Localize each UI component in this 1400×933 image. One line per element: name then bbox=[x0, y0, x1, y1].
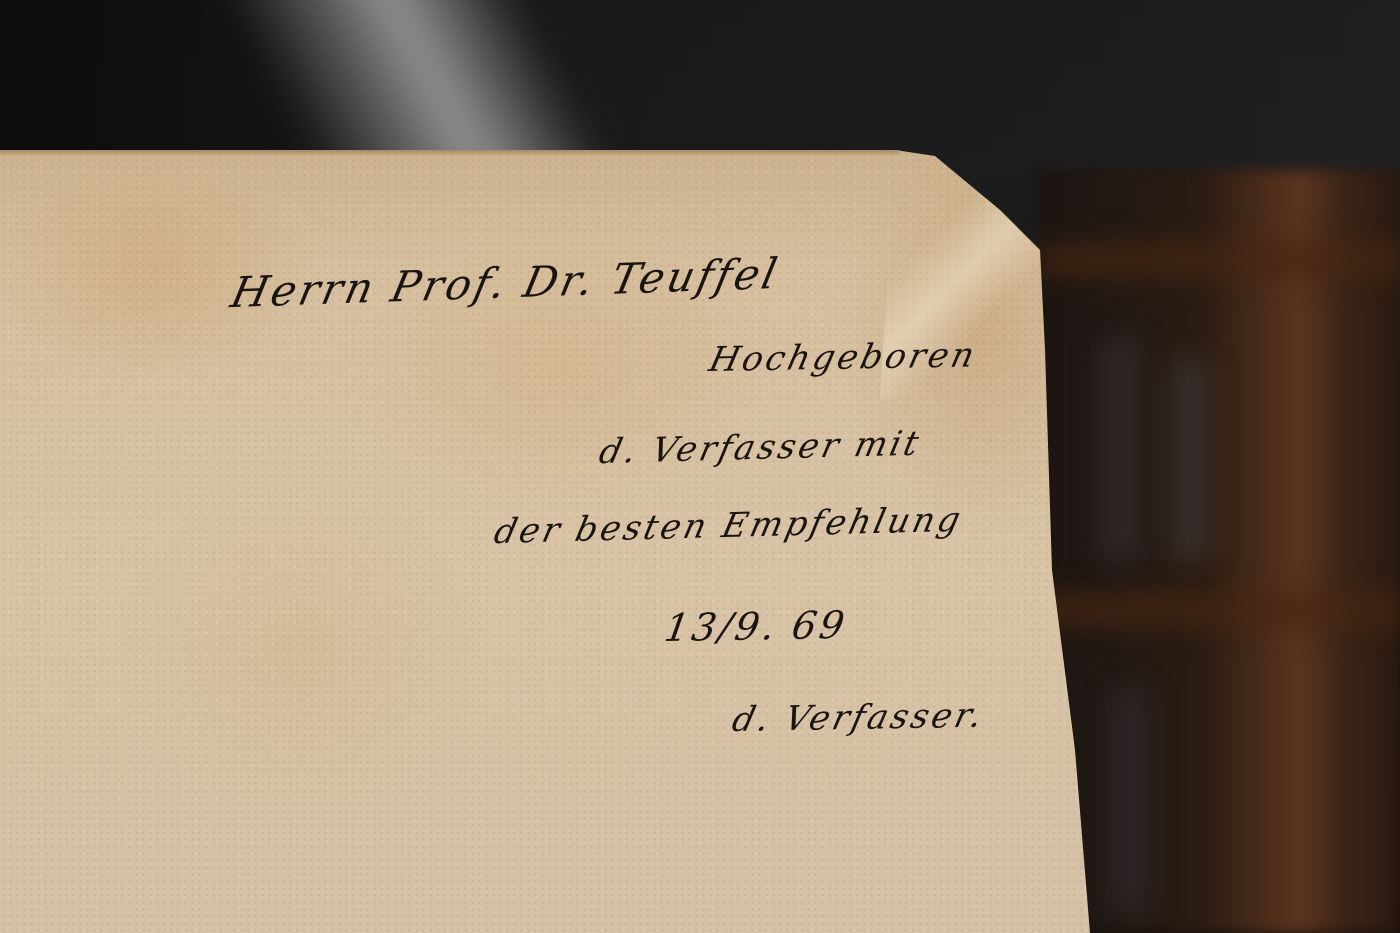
inscription-line-honorific: Hochgeboren bbox=[705, 335, 981, 380]
inscription-line-recipient: Herrn Prof. Dr. Teuffel bbox=[227, 249, 784, 317]
handwritten-inscription: Herrn Prof. Dr. Teuffel Hochgeboren d. V… bbox=[0, 0, 1400, 933]
inscription-line-signature: d. Verfasser. bbox=[728, 696, 989, 741]
photo-scene: Herrn Prof. Dr. Teuffel Hochgeboren d. V… bbox=[0, 0, 1400, 933]
inscription-line-author: d. Verfasser mit bbox=[596, 423, 926, 472]
inscription-line-compliments: der besten Empfehlung bbox=[491, 500, 967, 552]
inscription-line-date: 13/9. 69 bbox=[662, 603, 851, 650]
